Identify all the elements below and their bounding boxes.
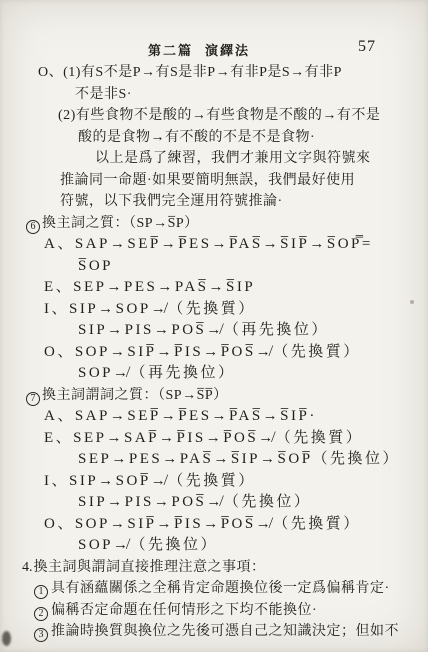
ink-smudge xyxy=(2,631,11,646)
running-head: 第二篇演繹法 xyxy=(148,40,250,59)
formula-line: O、SOP→SIP̅→P̅IS→P̅OS̅↛（先換質） xyxy=(44,342,424,364)
derivation-text-line: (2)有些食物不是酸的→有些食物是不酸的→有不是 xyxy=(58,105,424,127)
formula-line: A、SAP→SEP̅→P̅ES→P̅AS̅→S̅IP̅→S̅OP̿= xyxy=(44,234,424,256)
note-item: 2偏稱否定命題在任何情形之下均不能換位· xyxy=(34,600,424,622)
notes-heading-number: 4. xyxy=(22,560,33,575)
circled-number-icon: 2 xyxy=(34,607,48,621)
section-title: 換主詞謂詞之質：（SP→S̅P̅） xyxy=(42,388,228,403)
section-7-heading: 7換主詞謂詞之質：（SP→S̅P̅） xyxy=(26,385,424,407)
formula-line: I、SIP→SOP↛（先換質） xyxy=(44,299,424,321)
page-header: 第二篇演繹法 57 xyxy=(0,40,428,60)
notes-heading-text: 換主詞與謂詞直接推理注意之事項： xyxy=(34,560,266,575)
section-label: 演繹法 xyxy=(205,43,250,58)
circled-number-icon: 6 xyxy=(26,220,40,234)
page-body: O、(1)有S不是P→有S是非P→有非P是S→有非P 不是非S· (2)有些食物… xyxy=(22,62,424,643)
notes-heading: 4.換主詞與謂詞直接推理注意之事項： xyxy=(22,557,424,579)
derivation-text-line: 不是非S· xyxy=(75,84,424,106)
paragraph-line: 以上是爲了練習，我們才兼用文字與符號來 xyxy=(95,148,424,170)
formula-line: I、SIP→SOP̅↛（先換質） xyxy=(44,471,424,493)
section-6-heading: 6換主詞之質：（SP→S̅P） xyxy=(26,213,424,235)
derivation-text-line: O、(1)有S不是P→有S是非P→有非P是S→有非P xyxy=(38,62,424,84)
note-text: 推論時換質與換位之先後可憑自己之知識決定；但如不 xyxy=(51,624,399,639)
scan-speck xyxy=(410,300,414,304)
formula-line: O、SOP→SIP̅→P̅IS→P̅OS̅↛（先換質） xyxy=(44,514,424,536)
formula-line: SOP↛（再先換位） xyxy=(78,363,424,385)
note-text: 偏稱否定命題在任何情形之下均不能換位· xyxy=(51,603,317,618)
circled-number-icon: 3 xyxy=(34,628,48,642)
paragraph-line: 推論同一命題·如果要簡明無誤，我們最好使用 xyxy=(60,170,424,192)
circled-number-icon: 1 xyxy=(34,585,48,599)
formula-line: SIP→PIS→POS̅↛（先換位） xyxy=(78,492,424,514)
note-item: 3推論時換質與換位之先後可憑自己之知識決定；但如不 xyxy=(34,621,424,643)
formula-line: SEP→PES→PAS̅→S̅IP→S̅OP̅（先換位） xyxy=(78,449,424,471)
page-number: 57 xyxy=(358,38,376,56)
circled-number-icon: 7 xyxy=(26,392,40,406)
chapter-label: 第二篇 xyxy=(148,43,193,58)
formula-line: SIP→PIS→POS̅↛（再先換位） xyxy=(78,320,424,342)
formula-line: SOP↛（先換位） xyxy=(78,535,424,557)
formula-line: E、SEP→SAP̅→P̅IS→P̅OS̅↛（先換質） xyxy=(44,428,424,450)
derivation-text-line: 酸的是食物→有不酸的不是不是食物· xyxy=(78,127,424,149)
note-text: 具有涵蘊關係之全稱肯定命題換位後一定爲偏稱肯定· xyxy=(51,581,390,596)
formula-line: A、SAP→SEP̅→P̅ES→P̅AS̅→S̅IP̅· xyxy=(44,406,424,428)
formula-line: E、SEP→PES→PAS̅→S̅IP xyxy=(44,277,424,299)
section-title: 換主詞之質：（SP→S̅P） xyxy=(42,216,199,231)
formula-line: S̅OP xyxy=(78,256,424,278)
note-item: 1具有涵蘊關係之全稱肯定命題換位後一定爲偏稱肯定· xyxy=(34,578,424,600)
paragraph-line: 符號，以下我們完全運用符號推論· xyxy=(60,191,424,213)
book-page: 第二篇演繹法 57 O、(1)有S不是P→有S是非P→有非P是S→有非P 不是非… xyxy=(0,0,428,652)
